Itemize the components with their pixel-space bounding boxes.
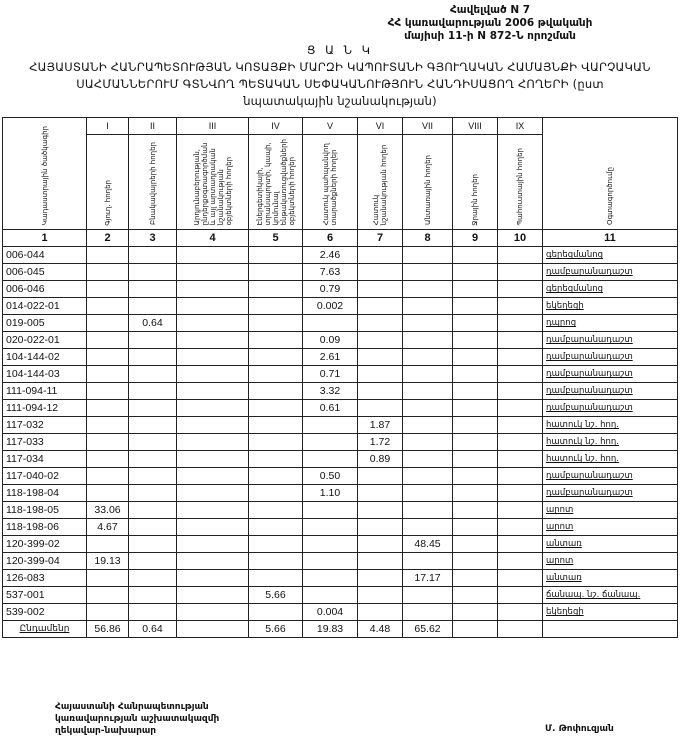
area-value — [249, 570, 303, 587]
land-use: դամբարանադաշտ — [543, 400, 678, 417]
roman-numeral-cell: II — [129, 118, 177, 135]
area-value — [358, 468, 403, 485]
area-value — [358, 536, 403, 553]
table-row: 014-022-010.002եկեղեցի — [3, 298, 678, 315]
area-value — [129, 519, 177, 536]
table-row: 104-144-030.71դամբարանադաշտ — [3, 366, 678, 383]
header-label: Գյուղ. հողեր — [104, 180, 112, 226]
roman-numeral-cell: VI — [358, 118, 403, 135]
area-value — [453, 451, 498, 468]
area-value — [87, 451, 129, 468]
area-value — [87, 604, 129, 621]
area-value — [498, 519, 543, 536]
cadastral-code: 117-034 — [3, 451, 87, 468]
area-value — [129, 468, 177, 485]
area-value — [498, 315, 543, 332]
area-value — [303, 570, 358, 587]
column-number: 6 — [303, 230, 358, 247]
header-label: Անտառային հողեր — [424, 155, 432, 225]
area-value — [177, 247, 249, 264]
area-value — [87, 434, 129, 451]
area-value — [129, 264, 177, 281]
area-value — [403, 383, 453, 400]
area-value — [177, 264, 249, 281]
header-label: Ջրային հողեր — [471, 174, 479, 226]
land-use: դամբարանադաշտ — [543, 366, 678, 383]
land-use: արոտ — [543, 553, 678, 570]
total-value: 56.86 — [87, 621, 129, 638]
area-value — [358, 383, 403, 400]
area-value — [249, 366, 303, 383]
area-value — [177, 332, 249, 349]
area-value — [403, 315, 453, 332]
header-purpose: Օգտագործումը — [543, 118, 678, 230]
area-value — [498, 553, 543, 570]
area-value — [453, 553, 498, 570]
area-value: 0.50 — [303, 468, 358, 485]
total-label: Ընդամենը — [3, 621, 87, 638]
area-value — [358, 349, 403, 366]
area-value — [177, 315, 249, 332]
table-row: 111-094-113.32դամբարանադաշտ — [3, 383, 678, 400]
area-value — [453, 315, 498, 332]
column-number: 11 — [543, 230, 678, 247]
area-value — [453, 383, 498, 400]
area-value — [249, 604, 303, 621]
roman-numeral-cell: VIII — [453, 118, 498, 135]
area-value — [453, 264, 498, 281]
approval-line-1: Հավելված N 7 — [300, 4, 680, 17]
area-value — [249, 400, 303, 417]
area-value — [249, 332, 303, 349]
area-value — [498, 383, 543, 400]
area-value — [87, 468, 129, 485]
land-use: հատուկ նշ. հող. — [543, 434, 678, 451]
area-value — [358, 264, 403, 281]
area-value — [453, 570, 498, 587]
area-value — [249, 281, 303, 298]
area-value — [87, 536, 129, 553]
area-value — [453, 247, 498, 264]
area-value — [129, 366, 177, 383]
cadastral-code: 539-002 — [3, 604, 87, 621]
area-value — [177, 281, 249, 298]
total-value — [453, 621, 498, 638]
area-value — [453, 468, 498, 485]
total-value — [498, 621, 543, 638]
signatory-line-3: ղեկավար-նախարար — [55, 725, 219, 737]
area-value: 0.61 — [303, 400, 358, 417]
column-number: 4 — [177, 230, 249, 247]
table-body: 006-0442.46գերեզմանոց006-0457.63դամբարան… — [3, 247, 678, 638]
area-value — [498, 400, 543, 417]
area-value — [87, 315, 129, 332]
area-value — [177, 570, 249, 587]
area-value — [249, 349, 303, 366]
area-value — [87, 417, 129, 434]
table-row: 126-08317.17անտառ — [3, 570, 678, 587]
area-value: 5.66 — [249, 587, 303, 604]
area-value — [498, 587, 543, 604]
table-row: 006-0442.46գերեզմանոց — [3, 247, 678, 264]
area-value — [498, 264, 543, 281]
area-value — [358, 400, 403, 417]
total-value: 5.66 — [249, 621, 303, 638]
area-value — [403, 400, 453, 417]
area-value — [177, 434, 249, 451]
area-value — [129, 485, 177, 502]
area-value — [403, 485, 453, 502]
area-value — [249, 315, 303, 332]
cadastral-code: 120-399-02 — [3, 536, 87, 553]
column-header: Ջրային հողեր — [453, 135, 498, 230]
title-line-3: նպատակային նշանակության) — [0, 93, 680, 110]
cadastral-code: 117-040-02 — [3, 468, 87, 485]
area-value — [249, 383, 303, 400]
area-value: 1.10 — [303, 485, 358, 502]
area-value — [358, 281, 403, 298]
area-value — [87, 485, 129, 502]
column-header: Արդյունաբերության, ընդերքօգտագործման և ա… — [177, 135, 249, 230]
area-value — [249, 247, 303, 264]
land-use: դպրոց — [543, 315, 678, 332]
table-row: 117-0331.72հատուկ նշ. հող. — [3, 434, 678, 451]
area-value — [129, 536, 177, 553]
area-value — [177, 417, 249, 434]
table-row: 117-0321.87հատուկ նշ. հող. — [3, 417, 678, 434]
roman-numeral-cell: V — [303, 118, 358, 135]
table-row: 118-198-0533.06արոտ — [3, 502, 678, 519]
roman-numeral-cell: VII — [403, 118, 453, 135]
area-value — [453, 332, 498, 349]
area-value — [498, 485, 543, 502]
area-value — [87, 247, 129, 264]
area-value — [453, 536, 498, 553]
area-value — [453, 281, 498, 298]
land-use: դամբարանադաշտ — [543, 383, 678, 400]
area-value — [453, 485, 498, 502]
area-value: 3.32 — [303, 383, 358, 400]
area-value — [303, 536, 358, 553]
land-use: եկեղեցի — [543, 298, 678, 315]
cadastral-code: 111-094-12 — [3, 400, 87, 417]
area-value — [303, 451, 358, 468]
area-value — [249, 536, 303, 553]
area-value — [249, 553, 303, 570]
column-header: Պահուստային հողեր — [498, 135, 543, 230]
area-value — [177, 400, 249, 417]
area-value — [249, 264, 303, 281]
cadastral-code: 118-198-06 — [3, 519, 87, 536]
column-header: Գյուղ. հողեր — [87, 135, 129, 230]
table-row: 539-0020.004եկեղեցի — [3, 604, 678, 621]
area-value: 0.71 — [303, 366, 358, 383]
area-value — [358, 604, 403, 621]
area-value — [129, 298, 177, 315]
area-value — [498, 451, 543, 468]
cadastral-code: 019-005 — [3, 315, 87, 332]
signatory-name: Մ. Թոփուզյան — [545, 724, 614, 734]
roman-numeral-cell: I — [87, 118, 129, 135]
approval-line-2: ՀՀ կառավարության 2006 թվականի — [300, 17, 680, 30]
area-value: 0.002 — [303, 298, 358, 315]
signatory-title: Հայաստանի Հանրապետության կառավարության ա… — [55, 701, 219, 737]
signatory-line-2: կառավարության աշխատակազմի — [55, 713, 219, 725]
land-use: ճանապ. նշ. ճանապ. — [543, 587, 678, 604]
area-value — [403, 417, 453, 434]
total-value: 65.62 — [403, 621, 453, 638]
area-value — [303, 587, 358, 604]
area-value — [129, 417, 177, 434]
header-label: Կադաստրային ծածկագիր — [41, 126, 49, 225]
cadastral-code: 104-144-03 — [3, 366, 87, 383]
area-value — [303, 519, 358, 536]
header-label: Օգտագործումը — [606, 167, 614, 225]
column-number: 7 — [358, 230, 403, 247]
area-value — [358, 366, 403, 383]
area-value — [87, 400, 129, 417]
column-number: 10 — [498, 230, 543, 247]
land-use: անտառ — [543, 536, 678, 553]
header-label: Արդյունաբերության, ընդերքօգտագործման և ա… — [193, 139, 233, 225]
area-value — [177, 451, 249, 468]
area-value — [403, 247, 453, 264]
area-value: 2.46 — [303, 247, 358, 264]
area-value — [498, 298, 543, 315]
cadastral-code: 104-144-02 — [3, 349, 87, 366]
area-value — [129, 281, 177, 298]
column-number-row: 1234567891011 — [3, 230, 678, 247]
cadastral-code: 006-044 — [3, 247, 87, 264]
area-value — [358, 485, 403, 502]
area-value — [249, 451, 303, 468]
area-value — [249, 434, 303, 451]
area-value — [303, 434, 358, 451]
roman-numeral-cell: IV — [249, 118, 303, 135]
area-value — [403, 264, 453, 281]
area-value — [87, 349, 129, 366]
area-value — [453, 434, 498, 451]
area-value — [358, 298, 403, 315]
header-label: Բնակավայրերի հողեր — [149, 142, 157, 225]
land-use: դամբարանադաշտ — [543, 485, 678, 502]
area-value — [403, 519, 453, 536]
cadastral-code: 014-022-01 — [3, 298, 87, 315]
area-value — [498, 434, 543, 451]
land-use: գերեզմանոց — [543, 247, 678, 264]
area-value — [358, 553, 403, 570]
column-number: 9 — [453, 230, 498, 247]
area-value — [87, 281, 129, 298]
area-value — [87, 570, 129, 587]
land-use: եկեղեցի — [543, 604, 678, 621]
area-value — [129, 247, 177, 264]
area-value — [453, 604, 498, 621]
area-value — [358, 570, 403, 587]
area-value — [453, 587, 498, 604]
table-row: 006-0460.79գերեզմանոց — [3, 281, 678, 298]
area-value — [177, 519, 249, 536]
area-value — [129, 604, 177, 621]
area-value — [303, 502, 358, 519]
table-row: 006-0457.63դամբարանադաշտ — [3, 264, 678, 281]
area-value: 0.79 — [303, 281, 358, 298]
area-value — [249, 417, 303, 434]
area-value — [177, 468, 249, 485]
header-label: Հատուկ պահպանվող տարածքների հողեր — [322, 139, 338, 225]
area-value — [177, 604, 249, 621]
cadastral-code: 118-198-05 — [3, 502, 87, 519]
area-value — [358, 502, 403, 519]
area-value — [129, 383, 177, 400]
table-row: 120-399-0248.45անտառ — [3, 536, 678, 553]
area-value — [498, 502, 543, 519]
area-value — [87, 383, 129, 400]
column-header: Բնակավայրերի հողեր — [129, 135, 177, 230]
area-value — [453, 349, 498, 366]
total-purpose — [543, 621, 678, 638]
land-use: արոտ — [543, 502, 678, 519]
area-value — [498, 247, 543, 264]
area-value — [177, 485, 249, 502]
title-line-1: ՀԱՅԱՍՏԱՆԻ ՀԱՆՐԱՊԵՏՈՒԹՅԱՆ ԿՈՏԱՅՔԻ ՄԱՐԶԻ Կ… — [0, 59, 680, 76]
land-use: արոտ — [543, 519, 678, 536]
land-use: անտառ — [543, 570, 678, 587]
area-value — [498, 417, 543, 434]
table-row: 104-144-022.61դամբարանադաշտ — [3, 349, 678, 366]
area-value: 33.06 — [87, 502, 129, 519]
area-value — [498, 604, 543, 621]
land-use: դամբարանադաշտ — [543, 264, 678, 281]
table-row: 118-198-041.10դամբարանադաշտ — [3, 485, 678, 502]
column-header: Անտառային հողեր — [403, 135, 453, 230]
area-value — [403, 366, 453, 383]
land-use: հատուկ նշ. հող. — [543, 417, 678, 434]
cadastral-code: 118-198-04 — [3, 485, 87, 502]
land-use: դամբարանադաշտ — [543, 332, 678, 349]
column-number: 8 — [403, 230, 453, 247]
cadastral-code: 020-022-01 — [3, 332, 87, 349]
area-value — [87, 587, 129, 604]
area-value — [403, 451, 453, 468]
total-value — [177, 621, 249, 638]
area-value — [177, 383, 249, 400]
area-value — [87, 366, 129, 383]
area-value — [129, 332, 177, 349]
area-value — [403, 553, 453, 570]
area-value: 19.13 — [87, 553, 129, 570]
column-number: 5 — [249, 230, 303, 247]
area-value — [358, 519, 403, 536]
area-value — [453, 502, 498, 519]
area-value — [358, 332, 403, 349]
cadastral-code: 006-046 — [3, 281, 87, 298]
area-value — [177, 587, 249, 604]
area-value — [403, 298, 453, 315]
area-value — [498, 281, 543, 298]
total-value: 19.83 — [303, 621, 358, 638]
area-value — [177, 366, 249, 383]
table-row: 111-094-120.61դամբարանադաշտ — [3, 400, 678, 417]
area-value — [358, 315, 403, 332]
column-header: Հատուկ պահպանվող տարածքների հողեր — [303, 135, 358, 230]
area-value — [453, 366, 498, 383]
land-use: հատուկ նշ. հող. — [543, 451, 678, 468]
area-value — [129, 502, 177, 519]
area-value — [403, 502, 453, 519]
area-value — [403, 587, 453, 604]
area-value — [177, 553, 249, 570]
area-value — [403, 332, 453, 349]
table-row: 120-399-0419.13արոտ — [3, 553, 678, 570]
total-value: 0.64 — [129, 621, 177, 638]
cadastral-code: 126-083 — [3, 570, 87, 587]
area-value — [303, 553, 358, 570]
column-number: 2 — [87, 230, 129, 247]
title-line-2: ՍԱՀՄԱՆՆԵՐՈՒՄ ԳՏՆՎՈՂ ՊԵՏԱԿԱՆ ՍԵՓԱԿԱՆՈՒԹՅՈ… — [0, 76, 680, 93]
area-value — [498, 332, 543, 349]
area-value — [177, 502, 249, 519]
column-header: Հատուկ նշանակության հողեր — [358, 135, 403, 230]
area-value — [303, 315, 358, 332]
cadastral-code: 120-399-04 — [3, 553, 87, 570]
land-table: Կադաստրային ծածկագիրIIIIIIIVVVIVIIVIIIIX… — [2, 117, 678, 638]
header-label: Պահուստային հողեր — [516, 148, 524, 226]
area-value — [453, 417, 498, 434]
area-value — [129, 400, 177, 417]
cadastral-code: 537-001 — [3, 587, 87, 604]
table-row: 118-198-064.67արոտ — [3, 519, 678, 536]
table-row: 020-022-010.09դամբարանադաշտ — [3, 332, 678, 349]
area-value — [129, 570, 177, 587]
area-value: 1.87 — [358, 417, 403, 434]
area-value — [498, 468, 543, 485]
table-row: 019-0050.64դպրոց — [3, 315, 678, 332]
total-row: Ընդամենը56.860.645.6619.834.4865.62 — [3, 621, 678, 638]
total-value: 4.48 — [358, 621, 403, 638]
area-value — [498, 536, 543, 553]
area-value — [249, 298, 303, 315]
table-row: 537-0015.66ճանապ. նշ. ճանապ. — [3, 587, 678, 604]
area-value: 17.17 — [403, 570, 453, 587]
area-value — [129, 553, 177, 570]
area-value: 0.89 — [358, 451, 403, 468]
land-use: գերեզմանոց — [543, 281, 678, 298]
area-value — [249, 502, 303, 519]
column-number: 1 — [3, 230, 87, 247]
area-value — [129, 349, 177, 366]
roman-numeral-cell: IX — [498, 118, 543, 135]
area-value — [403, 281, 453, 298]
column-number: 3 — [129, 230, 177, 247]
area-value — [177, 349, 249, 366]
area-value: 0.64 — [129, 315, 177, 332]
area-value — [498, 570, 543, 587]
area-value — [358, 247, 403, 264]
area-value — [453, 298, 498, 315]
area-value: 1.72 — [358, 434, 403, 451]
area-value — [303, 417, 358, 434]
area-value — [498, 349, 543, 366]
area-value — [403, 604, 453, 621]
area-value — [358, 587, 403, 604]
area-value — [403, 468, 453, 485]
area-value: 4.67 — [87, 519, 129, 536]
area-value: 48.45 — [403, 536, 453, 553]
cadastral-code: 117-033 — [3, 434, 87, 451]
area-value — [129, 434, 177, 451]
area-value — [453, 519, 498, 536]
